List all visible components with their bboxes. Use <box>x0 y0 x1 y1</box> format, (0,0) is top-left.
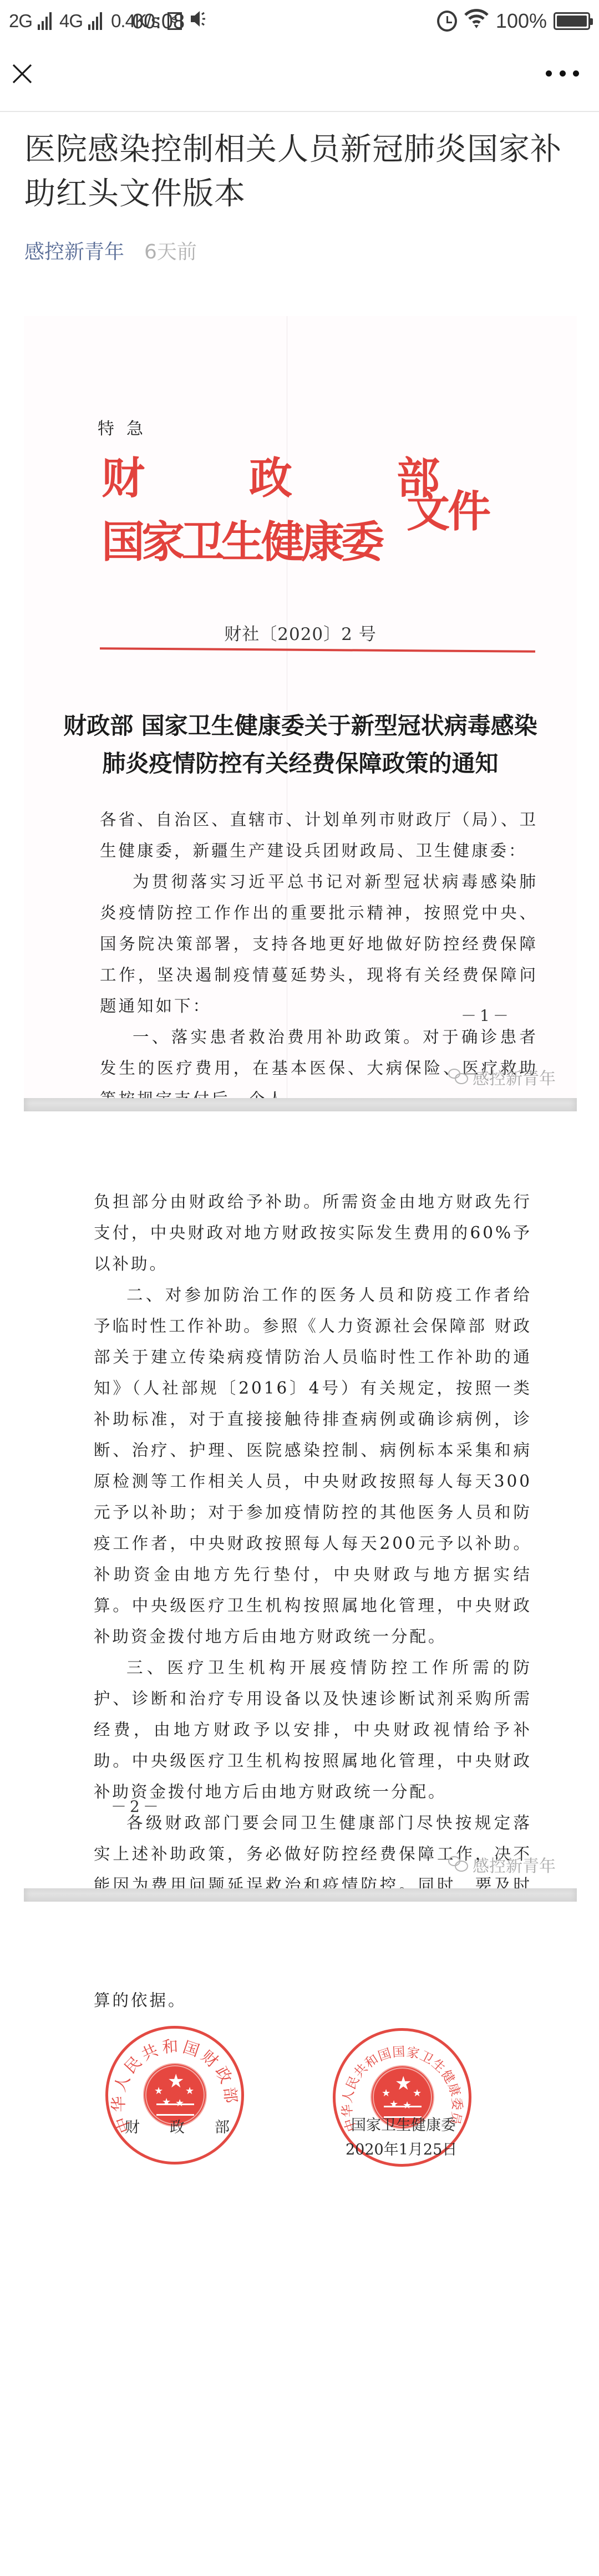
ministry-of-finance-seal: 中华人民共和国财政部 ★ ★ ★ ★ ★ 财 政 部 <box>105 2026 244 2165</box>
health-commission-seal: 中华人民共和国国家卫生健康委员会 ★ ★ ★ ★ ★ 国家卫生健康委 2020年… <box>333 2028 471 2167</box>
nav-bar <box>0 42 599 112</box>
battery-percentage: 100% <box>496 9 547 33</box>
notice-title: 财政部 国家卫生健康委关于新型冠状病毒感染 肺炎疫情防控有关经费保障政策的通知 <box>24 707 577 783</box>
page-separator <box>24 1888 577 1902</box>
watermark-text: 感控新青年 <box>473 1852 556 1877</box>
more-icon-dot <box>573 70 579 77</box>
wechat-icon <box>447 1855 469 1874</box>
article-meta: 感控新青年 6天前 <box>24 237 197 267</box>
section-2-paragraph: 二、对参加防治工作的医务人员和防疫工作者给予临时性工作补助。参照《人力资源社会保… <box>94 1279 532 1652</box>
document-body-3: 算的依据。 <box>94 1985 532 2016</box>
intro-paragraph: 为贯彻落实习近平总书记对新型冠状病毒感染肺炎疫情防控工作作出的重要批示精神，按照… <box>100 866 538 1022</box>
close-button[interactable] <box>8 59 37 88</box>
battery-icon <box>554 12 590 30</box>
closing-paragraph-end: 算的依据。 <box>94 1985 532 2016</box>
document-number: 财社〔2020〕2 号 <box>24 620 577 645</box>
wechat-icon <box>447 1068 469 1086</box>
close-icon <box>8 59 37 88</box>
red-header-line-2: 国家卫生健康委 <box>101 507 381 570</box>
notice-title-line-2: 肺炎疫情防控有关经费保障政策的通知 <box>24 745 577 783</box>
document-body-2: 负担部分由财政给予补助。所需资金由地方财政先行支付，中央财政对地方财政按实际发生… <box>94 1186 532 1963</box>
more-icon-dot <box>560 70 566 77</box>
red-header-line-1: 财 政 部 <box>101 444 440 506</box>
salutation: 各省、自治区、直辖市、计划单列市财政厅（局）、卫生健康委，新疆生产建设兵团财政局… <box>100 804 538 866</box>
document-page-3[interactable]: 算的依据。 中华人民共和国财政部 ★ ★ ★ ★ ★ 财 政 部 中华人民共和国… <box>24 1902 577 2576</box>
document-page-1[interactable]: 特急 财 政 部 国家卫生健康委 文件 财社〔2020〕2 号 财政部 国家卫生… <box>24 316 577 1098</box>
section-1-continued: 负担部分由财政给予补助。所需资金由地方财政先行支付，中央财政对地方财政按实际发生… <box>94 1186 532 1279</box>
page-number: －2－ <box>111 1795 162 1817</box>
red-header-char: 财 <box>101 444 145 506</box>
network-type-1: 2G <box>9 11 32 32</box>
document-date: 2020年1月25日 <box>346 2137 457 2159</box>
status-bar: 2G 4G 0.4K/s S 00:08 100% <box>0 0 599 42</box>
more-options-button[interactable] <box>546 65 579 82</box>
page-number: －1－ <box>461 1004 512 1026</box>
article-title: 医院感染控制相关人员新冠肺炎国家补助红头文件版本 <box>24 128 579 216</box>
wifi-icon <box>464 8 489 34</box>
red-header-char: 政 <box>249 444 292 506</box>
author-link[interactable]: 感控新青年 <box>24 237 124 267</box>
signal-icon <box>88 12 102 30</box>
seal-signatory: 国家卫生健康委 <box>351 2113 456 2135</box>
signal-icon <box>38 12 52 30</box>
red-header-suffix: 文件 <box>407 477 489 539</box>
page-separator <box>24 1098 577 1111</box>
clock: 00:08 <box>132 10 185 34</box>
section-3-paragraph: 三、医疗卫生机构开展疫情防控工作所需的防护、诊断和治疗专用设备以及快速诊断试剂采… <box>94 1652 532 1807</box>
watermark: 感控新青年 <box>447 1852 556 1877</box>
speaker-icon <box>190 9 206 33</box>
network-type-2: 4G <box>59 11 83 32</box>
watermark: 感控新青年 <box>447 1065 556 1089</box>
post-time: 6天前 <box>144 237 197 267</box>
notice-title-line-1: 财政部 国家卫生健康委关于新型冠状病毒感染 <box>24 707 577 745</box>
seal-signatory: 财 政 部 <box>125 2115 230 2137</box>
more-icon <box>546 70 552 77</box>
urgency-label: 特急 <box>98 415 155 439</box>
watermark-text: 感控新青年 <box>473 1065 556 1089</box>
document-page-2[interactable]: 负担部分由财政给予补助。所需资金由地方财政先行支付，中央财政对地方财政按实际发生… <box>24 1111 577 1888</box>
alarm-icon <box>437 11 457 32</box>
red-divider-line <box>100 647 535 652</box>
status-bar-right: 100% <box>437 8 590 34</box>
